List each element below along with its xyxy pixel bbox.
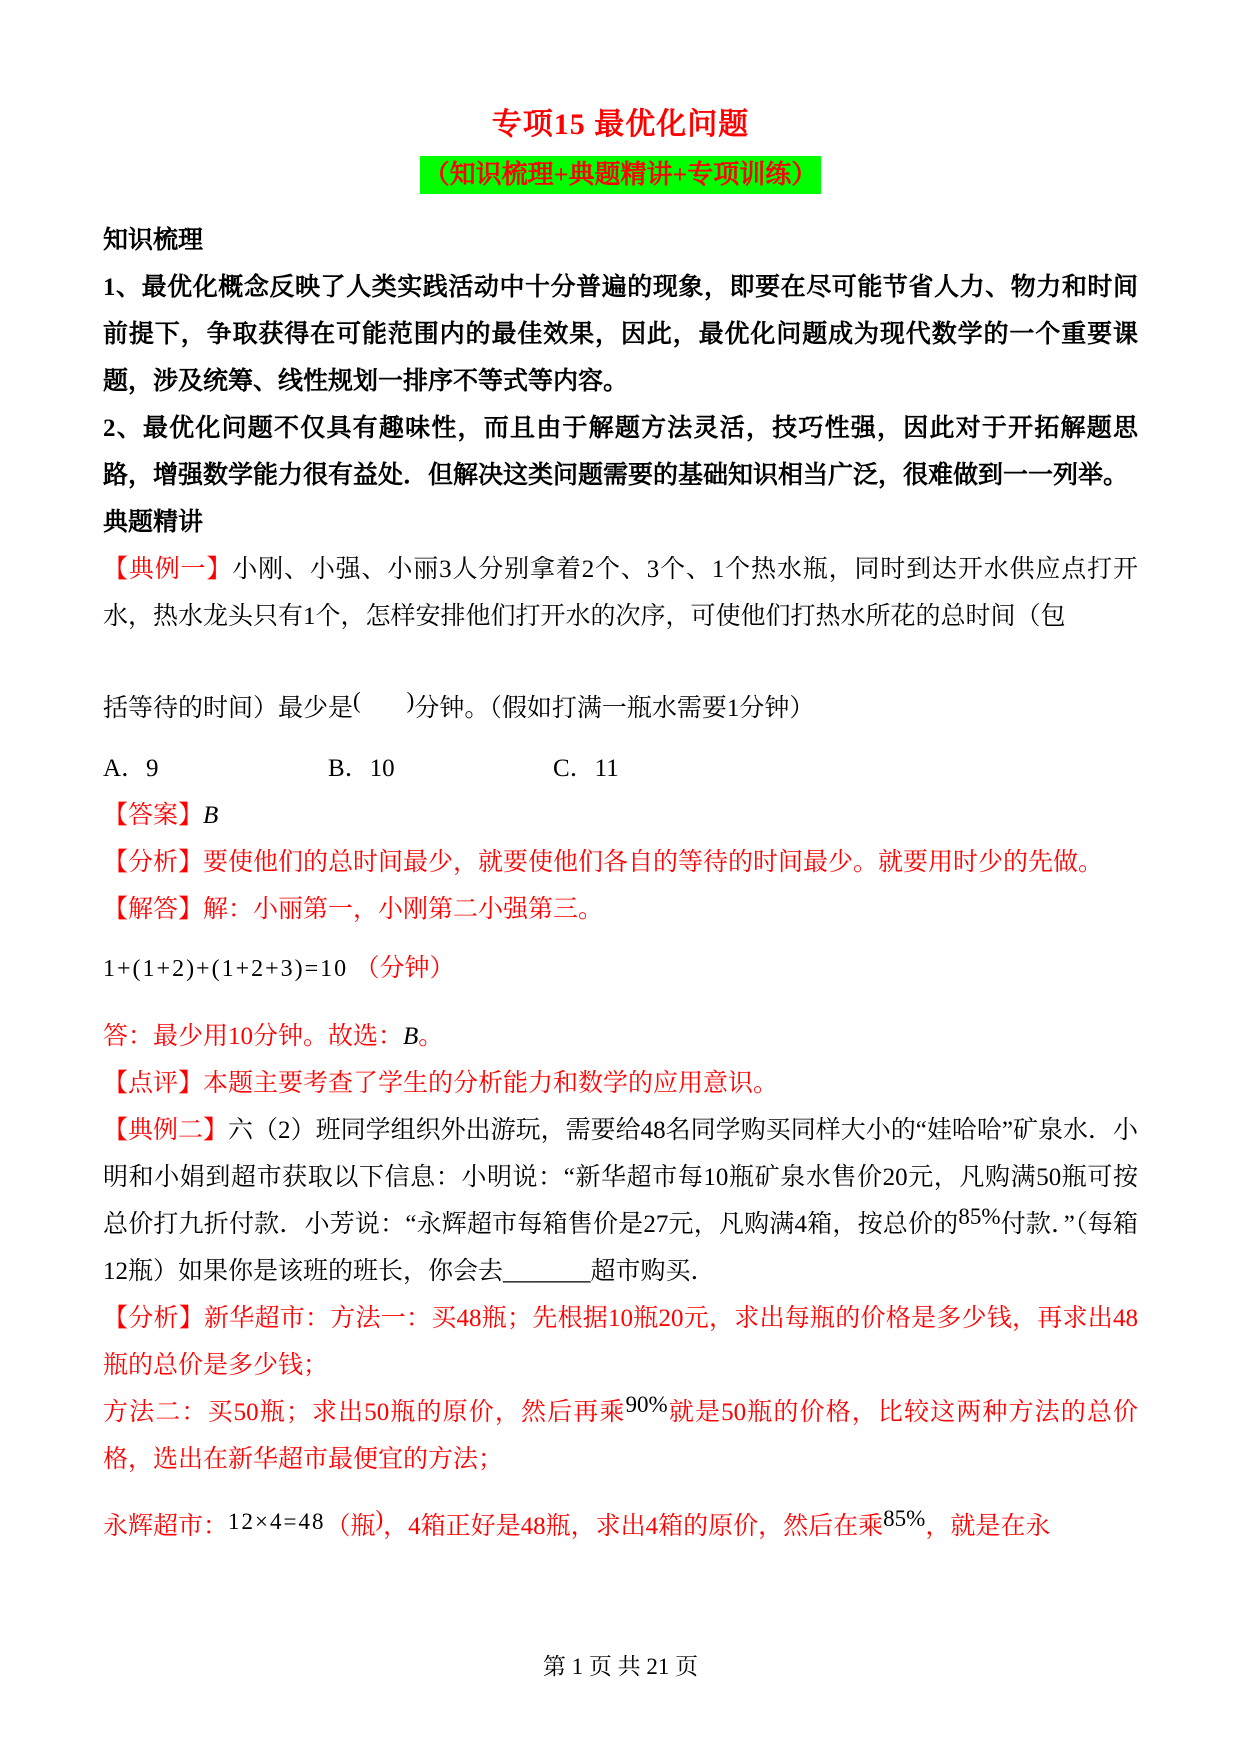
example1-formula-line: 1+(1+2)+(1+2+3)=10 （分钟） <box>103 945 1138 993</box>
answer-blank-parens: ( ) <box>353 688 414 713</box>
option-c: C．11 <box>553 745 778 792</box>
yonghui-suffix: ，就是在永 <box>925 1513 1050 1540</box>
option-a: A．9 <box>103 745 328 792</box>
solution-label: 【解答】 <box>103 896 203 923</box>
answer-value: B <box>203 802 218 829</box>
page-title: 专项15 最优化问题 <box>103 108 1138 142</box>
document-page: 专项15 最优化问题 （知识梳理+典题精讲+专项训练） 知识梳理 1、最优化概念… <box>0 0 1241 1754</box>
footer-page-indicator: 第 1 页 共 21 页 <box>0 1648 1241 1681</box>
example1-options: A．9B．10C．11 <box>103 745 1138 792</box>
example2-question-text-3: 超市购买． <box>591 1258 716 1285</box>
example2-analysis-method1-text: 新华超市：方法一：买48瓶；先根据10瓶20元，求出每瓶的价格是多少钱，再求出4… <box>103 1305 1138 1379</box>
example1-label: 【典例一】 <box>103 556 232 583</box>
knowledge-heading: 知识梳理 <box>103 217 1138 264</box>
formula-expression: 1+(1+2)+(1+2+3)=10 <box>103 956 348 982</box>
formula-unit: （分钟） <box>354 955 454 982</box>
yonghui-mid-1: （瓶 <box>325 1513 375 1540</box>
answer-label: 【答案】 <box>103 802 203 829</box>
yonghui-mid-2: ，4箱正好是48瓶，求出4箱的原价，然后在乘 <box>383 1513 883 1540</box>
example1-analysis-line: 【分析】要使他们的总时间最少，就要使他们各自的等待的时间最少。就要用时少的先做。 <box>103 839 1138 886</box>
solution-text: 解：小丽第一，小刚第二小强第三。 <box>203 896 603 923</box>
example1-question-part2: 括等待的时间）最少是( )分钟。（假如打满一瓶水需要1分钟） <box>103 685 1138 732</box>
example1-conclusion-line: 答：最少用10分钟。故选：B。 <box>103 1013 1138 1060</box>
example1-question-part1: 【典例一】小刚、小强、小丽3人分别拿着2个、3个、1个热水瓶，同时到达开水供应点… <box>103 546 1138 640</box>
fill-in-blank: _______ <box>503 1258 591 1285</box>
option-b: B．10 <box>328 745 553 792</box>
document-content: 专项15 最优化问题 （知识梳理+典题精讲+专项训练） 知识梳理 1、最优化概念… <box>0 0 1241 1550</box>
conclusion-prefix: 答：最少用10分钟。故选： <box>103 1023 403 1050</box>
percent-90-run: 90% <box>626 1392 668 1417</box>
examples-heading: 典题精讲 <box>103 499 1138 546</box>
analysis-text: 要使他们的总时间最少，就要使他们各自的等待的时间最少。就要用时少的先做。 <box>203 849 1103 876</box>
comment-label: 【点评】 <box>103 1070 203 1097</box>
method2-prefix: 方法二：买50瓶；求出50瓶的原价，然后再乘 <box>103 1399 626 1426</box>
example1-answer-line: 【答案】B <box>103 792 1138 839</box>
yonghui-raised-paren: ) <box>375 1506 383 1531</box>
example1-question-text-3: 分钟。（假如打满一瓶水需要1分钟） <box>414 695 814 722</box>
example2-analysis-method1: 【分析】新华超市：方法一：买48瓶；先根据10瓶20元，求出每瓶的价格是多少钱，… <box>103 1295 1138 1389</box>
subtitle-row: （知识梳理+典题精讲+专项训练） <box>103 156 1138 197</box>
percent-85b-run: 85% <box>883 1506 925 1531</box>
knowledge-paragraph-2: 2、最优化问题不仅具有趣味性，而且由于解题方法灵活，技巧性强，因此对于开拓解题思… <box>103 405 1138 499</box>
percent-85-run: 85% <box>958 1204 1000 1229</box>
example2-analysis-method2: 方法二：买50瓶；求出50瓶的原价，然后再乘90%就是50瓶的价格，比较这两种方… <box>103 1389 1138 1483</box>
conclusion-answer: B <box>403 1023 418 1050</box>
conclusion-suffix: 。 <box>418 1023 443 1050</box>
knowledge-paragraph-1: 1、最优化概念反映了人类实践活动中十分普遍的现象，即要在尽可能节省人力、物力和时… <box>103 264 1138 405</box>
example1-solution-line: 【解答】解：小丽第一，小刚第二小强第三。 <box>103 886 1138 933</box>
example2-label: 【典例二】 <box>103 1117 228 1144</box>
yonghui-label: 永辉超市： <box>103 1513 228 1540</box>
example1-comment-line: 【点评】本题主要考查了学生的分析能力和数学的应用意识。 <box>103 1060 1138 1107</box>
example2-yonghui-line: 永辉超市：12×4=48（瓶)，4箱正好是48瓶，求出4箱的原价，然后在乘85%… <box>103 1503 1138 1550</box>
example2-analysis-label: 【分析】 <box>103 1305 204 1332</box>
comment-text: 本题主要考查了学生的分析能力和数学的应用意识。 <box>203 1070 778 1097</box>
example2-question: 【典例二】六（2）班同学组织外出游玩，需要给48名同学购买同样大小的“娃哈哈”矿… <box>103 1107 1138 1295</box>
analysis-label: 【分析】 <box>103 849 203 876</box>
page-subtitle: （知识梳理+典题精讲+专项训练） <box>420 156 822 194</box>
example1-question-text-2: 括等待的时间）最少是 <box>103 695 353 722</box>
example1-question-text-1: 小刚、小强、小丽3人分别拿着2个、3个、1个热水瓶，同时到达开水供应点打开水，热… <box>103 556 1138 630</box>
yonghui-formula: 12×4=48 <box>228 1509 325 1534</box>
